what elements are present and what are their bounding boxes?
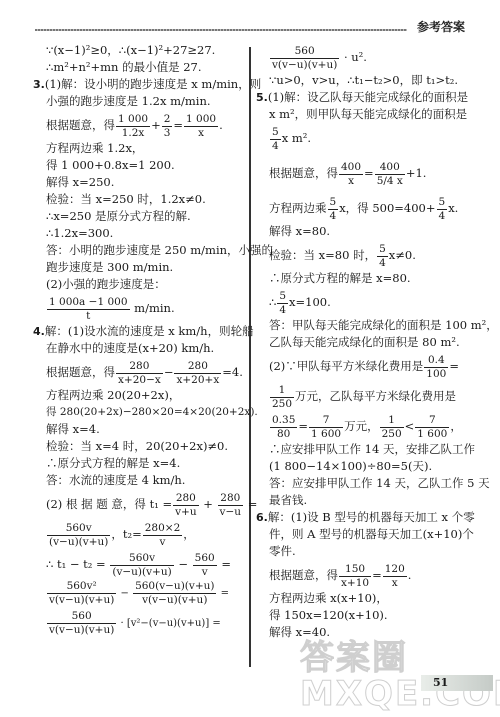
text: ，t₂= (111, 527, 141, 541)
denominator: 4 (328, 210, 339, 223)
denominator: 4 (437, 210, 448, 223)
text: +1. (406, 166, 427, 180)
text-line: 得 150x=120(x+10). (256, 607, 476, 624)
equation-line: 1250万元，乙队每平方米绿化费用是 (256, 381, 476, 411)
text-line: x m²，则甲队每天能完成绿化的面积是 (256, 106, 476, 123)
equation-line: ∴54x=100. (256, 287, 476, 317)
text-line: 最省钱. (256, 492, 476, 509)
text-line: 检验：当 x=4 时，20(20+2x)≠0. (33, 438, 245, 455)
numerator: 280 (174, 360, 221, 374)
text-line: 在静水中的速度是(x+20) km/h. (33, 340, 245, 357)
fraction: 1 000a −1 000t (47, 296, 130, 323)
numerator: 280×2 (143, 522, 183, 536)
fraction: 560v(v−u)(v+u) (270, 45, 339, 72)
question-number: 6. (256, 511, 268, 524)
denominator: 1 600 (415, 428, 449, 441)
text-line: (2)小强的跑步速度是： (33, 276, 245, 293)
text: ， (183, 527, 195, 541)
text: m/min. (131, 301, 175, 315)
numerator: 280 (116, 360, 163, 374)
denominator: x+20+x (174, 374, 221, 387)
denominator: x (339, 175, 363, 188)
text-line: ∴原分式方程的解是 x=4. (33, 455, 245, 472)
numerator: 120 (383, 563, 407, 577)
text-line: ∴m²+n²+mn 的最小值是 27. (33, 59, 245, 76)
denominator: x+10 (339, 577, 371, 590)
text: 根据题意，得 (46, 365, 115, 379)
denominator: v(v−u)(v+u) (270, 59, 339, 72)
denominator: v(v−u)(v+u) (47, 624, 116, 637)
fraction: 1 0001.2x (116, 113, 150, 140)
fraction: 71 600 (309, 414, 343, 441)
operator: = (298, 419, 308, 433)
fraction: 0.4100 (424, 354, 448, 381)
denominator: 3 (162, 127, 173, 140)
denominator: x (184, 127, 218, 140)
text: ， (450, 419, 462, 433)
header-title: 参考答案 (417, 18, 465, 35)
watermark-line: 答案圈 (300, 640, 500, 676)
numerator: 1 000 (116, 113, 150, 127)
left-column: ∵(x−1)²≥0，∴(x−1)²+27≥27. ∴m²+n²+mn 的最小值是… (33, 42, 245, 639)
text: =4. (222, 365, 243, 379)
fraction: 4005/4 x (375, 161, 405, 188)
numerator: 280 (218, 492, 244, 506)
text: · [v²−(v−u)(v+u)] = (117, 618, 220, 629)
denominator: t (47, 310, 130, 323)
text-line: ∴1.2x=300. (33, 225, 245, 242)
text-line: 零件. (256, 543, 476, 560)
fraction: 54 (277, 290, 288, 317)
text-line: (1)解：设小明的跑步速度是 x m/min，则 (45, 77, 261, 91)
denominator: x (383, 577, 407, 590)
equation-line: 560v(v−u)(v+u) · [v²−(v−u)(v+u)] = (33, 609, 245, 639)
numerator: 0.4 (424, 354, 448, 368)
equation-line: 根据题意，得150x+10=120x. (256, 560, 476, 590)
numerator: 5 (277, 290, 288, 304)
fraction: 54 (437, 196, 448, 223)
fraction: 560v (193, 552, 217, 579)
text: 检验：当 x=80 时， (269, 248, 376, 262)
text: (2)∵甲队每平方米绿化费用是 (269, 359, 423, 373)
numerator: 5 (437, 196, 448, 210)
fraction: 54 (377, 243, 388, 270)
numerator: 150 (339, 563, 371, 577)
question-5: 5.(1)解：设乙队每天能完成绿化的面积是 (256, 89, 476, 106)
fraction: 560v²v(v−u)(v+u) (47, 580, 116, 607)
denominator: 250 (380, 428, 404, 441)
question-4: 4.解：(1)设水流的速度是 x km/h，则轮船 (33, 323, 245, 340)
text: . (408, 568, 412, 582)
text-line: 解：(1)设水流的速度是 x km/h，则轮船 (45, 324, 254, 338)
text: x，得 500=400+ (339, 201, 435, 215)
text-line: ∵u>0，v>u，∴t₁−t₂>0，即 t₁>t₂. (256, 72, 476, 89)
text-line: 答：应安排甲队工作 14 天，乙队工作 5 天 (256, 475, 476, 492)
text: 根据题意，得 (269, 166, 338, 180)
equation-line: 560v(v−u)(v+u) · u². (256, 42, 476, 72)
numerator: 5 (377, 243, 388, 257)
numerator: 400 (375, 161, 405, 175)
text-line: 跑步速度是 300 m/min. (33, 259, 245, 276)
question-number: 3. (33, 78, 45, 91)
numerator: 7 (309, 414, 343, 428)
fraction: 0.3580 (270, 414, 297, 441)
header-rule (35, 29, 407, 31)
denominator: 1.2x (116, 127, 150, 140)
operator: = (372, 568, 382, 582)
fraction: 560v(v−u)(v+u) (47, 610, 116, 637)
fraction: 560v(v−u)(v+u) (110, 552, 173, 579)
page-number: 51 (421, 675, 493, 691)
fraction: 54 (270, 126, 281, 153)
operator: + (151, 118, 161, 132)
denominator: 100 (424, 368, 448, 381)
text-line: 得 280(20+2x)−280×20=4×20(20+2x). (33, 404, 245, 421)
text-line: ∴原分式方程的解是 x=80. (256, 270, 476, 287)
numerator: 2 (162, 113, 173, 127)
numerator: 560 (270, 45, 339, 59)
numerator: 7 (415, 414, 449, 428)
denominator: v(v−u)(v+u) (47, 594, 116, 607)
equation-line: ∴ t₁ − t₂ = 560v(v−u)(v+u) − 560v = (33, 549, 245, 579)
equation-line: (2)∵甲队每平方米绿化费用是0.4100= (256, 351, 476, 381)
operator: − (117, 588, 132, 599)
text-line: 答：小明的跑步速度是 250 m/min，小强的 (33, 242, 245, 259)
equation-line: 560v²v(v−u)(v+u) − 560(v−u)(v+u)v(v−u)(v… (33, 579, 245, 609)
equation-line: 1 000a −1 000t m/min. (33, 293, 245, 323)
fraction: 280v+u (173, 492, 199, 519)
text: x≠0. (389, 248, 416, 262)
fraction: 71 600 (415, 414, 449, 441)
text-line: 解：(1)设 B 型号的机器每天加工 x 个零 (268, 510, 475, 524)
equation-line: 根据题意，得400x=4005/4 x+1. (256, 153, 476, 193)
fraction: 150x+10 (339, 563, 371, 590)
text: (2) 根 据 题 意，得 t₁ = (46, 497, 172, 511)
text-line: 件，则 A 型号的机器每天加工(x+10)个 (256, 526, 476, 543)
numerator: 560v (110, 552, 173, 566)
fraction: 280×2v (143, 522, 183, 549)
column-divider (249, 47, 251, 667)
numerator: 5 (270, 126, 281, 140)
equation-line: (2) 根 据 题 意，得 t₁ =280v+u + 280v−u = (33, 489, 245, 519)
numerator: 560 (47, 610, 116, 624)
text-line: 解得 x=4. (33, 421, 245, 438)
equation-line: 检验：当 x=80 时，54x≠0. (256, 240, 476, 270)
numerator: 280 (173, 492, 199, 506)
fraction: 560v(v−u)(v+u) (47, 522, 110, 549)
numerator: 560v² (47, 580, 116, 594)
text: x m². (282, 131, 311, 145)
operator: − (175, 557, 192, 571)
text-line: 方程两边乘 1.2x， (33, 140, 245, 157)
denominator: 250 (270, 398, 294, 411)
text-line: 解得 x=250. (33, 174, 245, 191)
text-line: 答：甲队每天能完成绿化的面积是 100 m²， (256, 317, 476, 334)
denominator: v(v−u)(v+u) (133, 594, 216, 607)
text: . (219, 118, 223, 132)
text: 万元， (344, 419, 379, 433)
text-line: ∴x=250 是原分式方程的解. (33, 208, 245, 225)
fraction: 120x (383, 563, 407, 590)
fraction: 54 (328, 196, 339, 223)
text: x. (448, 201, 458, 215)
text-line: 小强的跑步速度是 1.2x m/min. (33, 93, 245, 110)
equation-line: 54x m². (256, 123, 476, 153)
denominator: (v−u)(v+u) (47, 536, 110, 549)
numerator: 5 (328, 196, 339, 210)
denominator: (v−u)(v+u) (110, 566, 173, 579)
text-line: 方程两边乘 x(x+10)， (256, 590, 476, 607)
numerator: 1 000a −1 000 (47, 296, 130, 310)
denominator: v+u (173, 506, 199, 519)
equation-line: 根据题意，得1 0001.2x+23=1 000x. (33, 110, 245, 140)
text-line: ∵(x−1)²≥0，∴(x−1)²+27≥27. (33, 42, 245, 59)
text: 根据题意，得 (46, 118, 115, 132)
operator: = (173, 118, 183, 132)
text-line: 解得 x=80. (256, 223, 476, 240)
fraction: 400x (339, 161, 363, 188)
text-line: (1 800−14×100)÷80=5(天). (256, 458, 476, 475)
text: 方程两边乘 (269, 201, 327, 215)
denominator: v−u (218, 506, 244, 519)
text-line: 方程两边乘 20(20+2x)， (33, 387, 245, 404)
numerator: 1 (270, 384, 294, 398)
numerator: 560(v−u)(v+u) (133, 580, 216, 594)
denominator: v (193, 566, 217, 579)
fraction: 280x+20+x (174, 360, 221, 387)
fraction: 1250 (380, 414, 404, 441)
fraction: 560(v−u)(v+u)v(v−u)(v+u) (133, 580, 216, 607)
text-line: 乙队每天能完成绿化的面积是 80 m². (256, 334, 476, 351)
operator: = (218, 557, 231, 571)
fraction: 1250 (270, 384, 294, 411)
text-line: ∴应安排甲队工作 14 天，安排乙队工作 (256, 441, 476, 458)
numerator: 400 (339, 161, 363, 175)
right-column: 560v(v−u)(v+u) · u². ∵u>0，v>u，∴t₁−t₂>0，即… (256, 42, 476, 641)
question-number: 4. (33, 325, 45, 338)
question-number: 5. (256, 91, 268, 104)
denominator: 1 600 (309, 428, 343, 441)
text: x=100. (289, 295, 331, 309)
fraction: 1 000x (184, 113, 218, 140)
text: 万元，乙队每平方米绿化费用是 (295, 389, 456, 403)
text: 根据题意，得 (269, 568, 338, 582)
operator: < (405, 419, 415, 433)
text: ∴ t₁ − t₂ = (46, 557, 109, 571)
operator: = (217, 588, 229, 599)
denominator: 4 (277, 304, 288, 317)
text-line: 得 1 000+0.8x=1 200. (33, 157, 245, 174)
denominator: 4 (377, 257, 388, 270)
text: · u². (340, 50, 367, 64)
numerator: 0.35 (270, 414, 297, 428)
numerator: 560 (193, 552, 217, 566)
text: ∴ (269, 295, 276, 309)
equation-line: 根据题意，得280x+20−x−280x+20+x=4. (33, 357, 245, 387)
operator: − (164, 365, 174, 379)
numerator: 1 000 (184, 113, 218, 127)
question-3: 3.(1)解：设小明的跑步速度是 x m/min，则 (33, 76, 245, 93)
denominator: v (143, 536, 183, 549)
denominator: x+20−x (116, 374, 163, 387)
denominator: 80 (270, 428, 297, 441)
fraction: 280x+20−x (116, 360, 163, 387)
operator: = (449, 359, 459, 373)
denominator: 4 (270, 140, 281, 153)
fraction: 23 (162, 113, 173, 140)
question-6: 6.解：(1)设 B 型号的机器每天加工 x 个零 (256, 509, 476, 526)
text-line: (1)解：设乙队每天能完成绿化的面积是 (268, 90, 468, 104)
equation-line: 方程两边乘54x，得 500=400+54x. (256, 193, 476, 223)
text-line: 答：水流的速度是 4 km/h. (33, 472, 245, 489)
operator: = (364, 166, 374, 180)
equation-line: 0.3580=71 600万元，1250<71 600， (256, 411, 476, 441)
numerator: 1 (380, 414, 404, 428)
numerator: 560v (47, 522, 110, 536)
operator: + (200, 497, 217, 511)
fraction: 280v−u (218, 492, 244, 519)
denominator: 5/4 x (375, 175, 405, 188)
text-line: 检验：当 x=250 时，1.2x≠0. (33, 191, 245, 208)
equation-line: 560v(v−u)(v+u)，t₂=280×2v， (33, 519, 245, 549)
